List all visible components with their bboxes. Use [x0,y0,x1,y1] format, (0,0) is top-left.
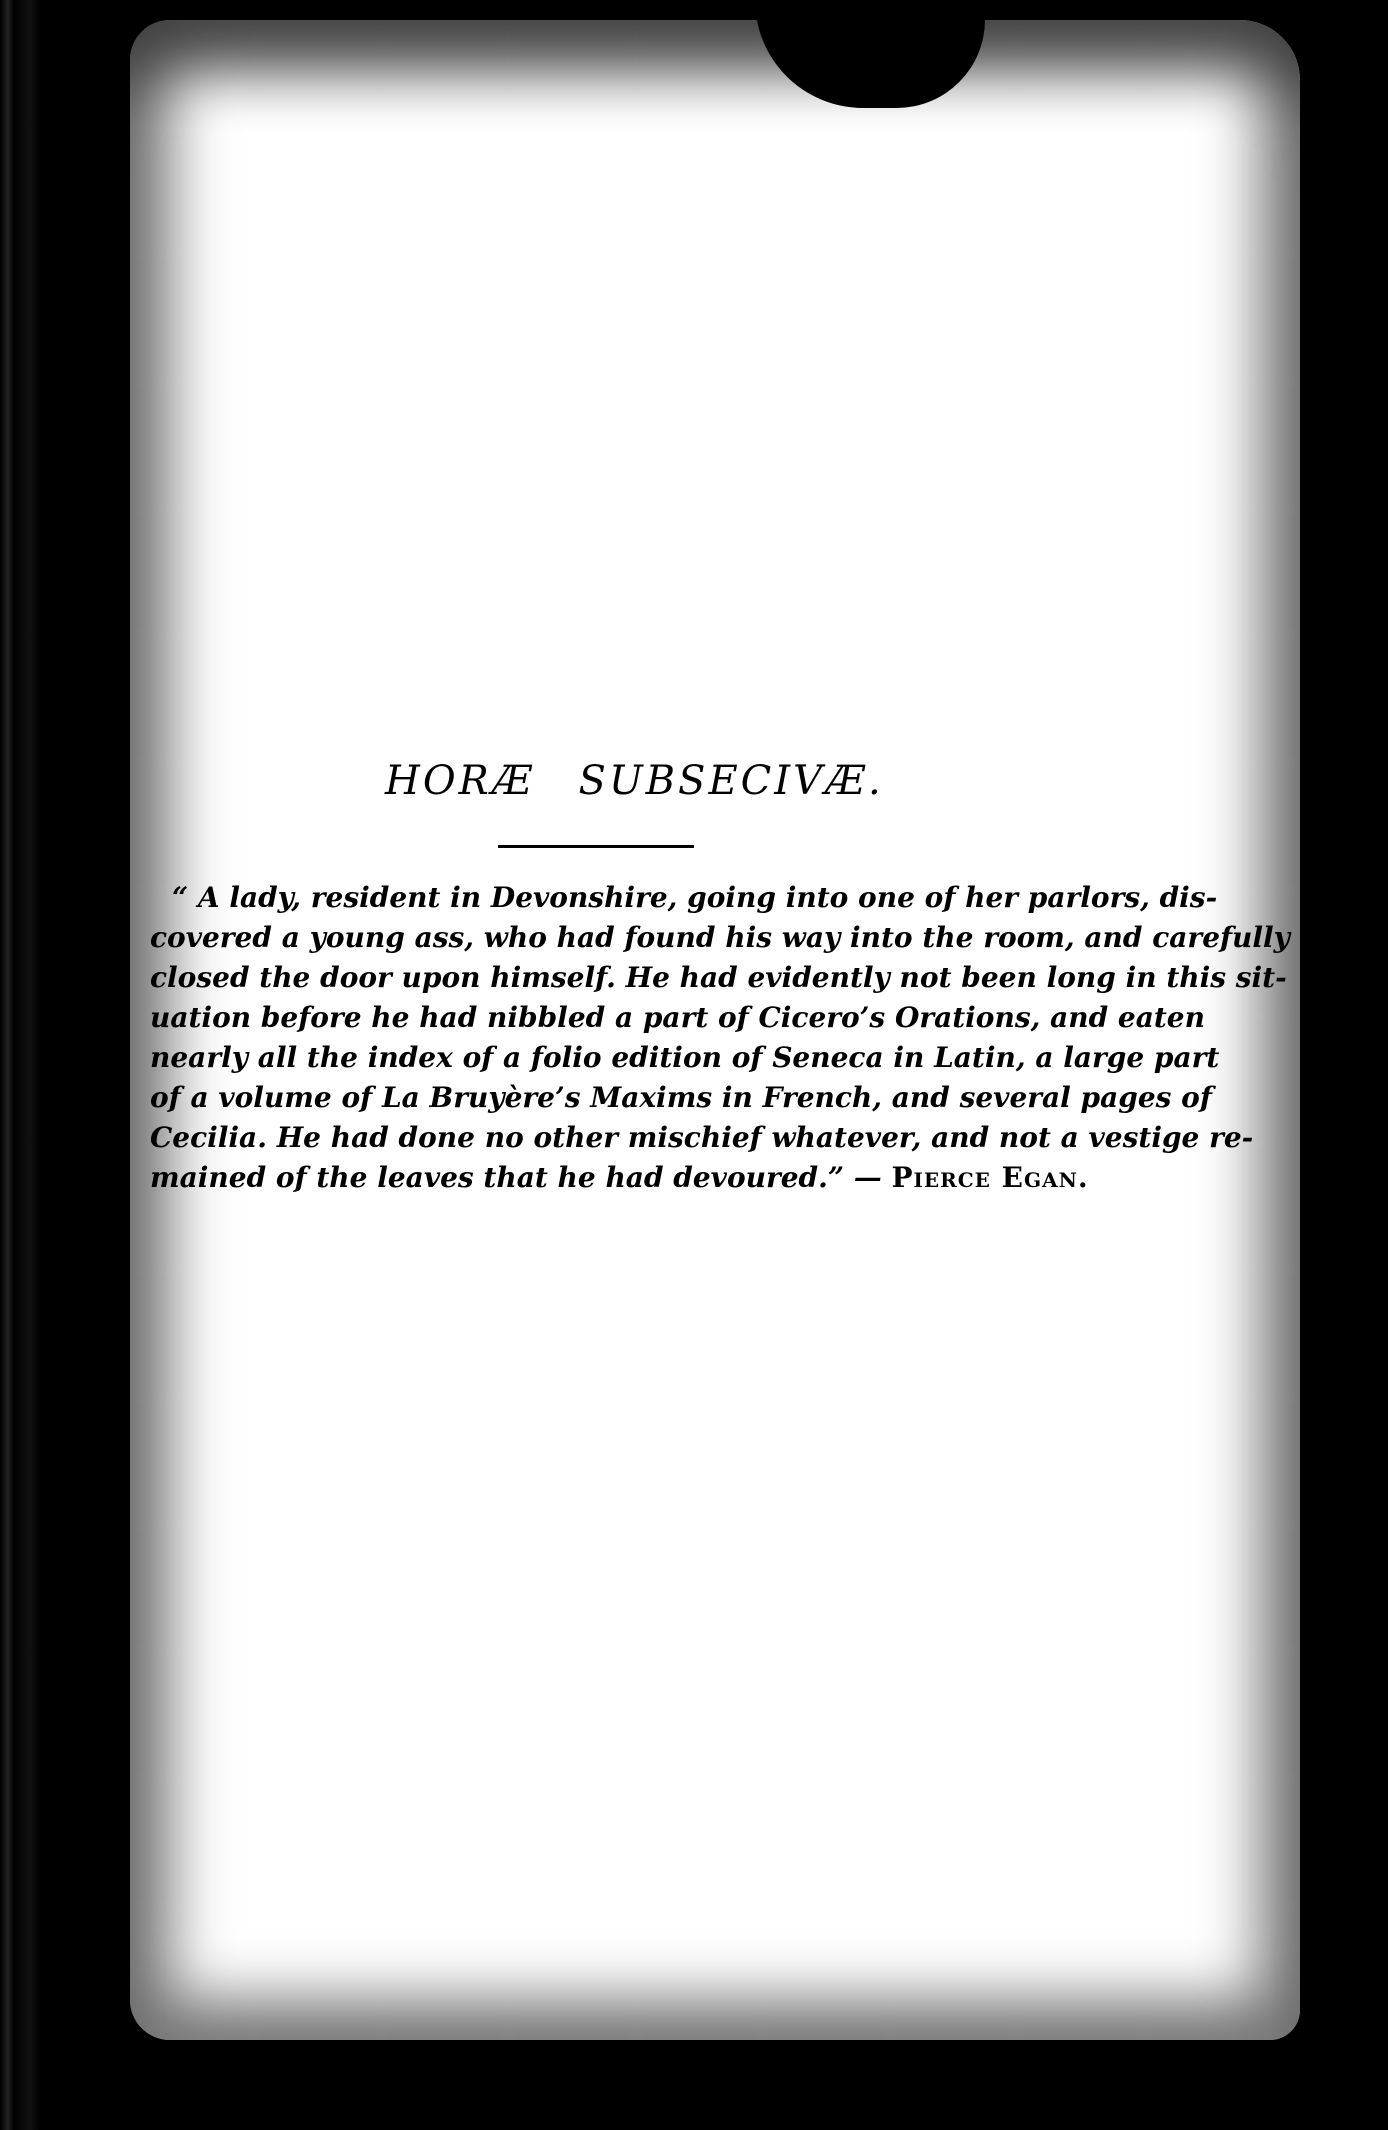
quote-line: of a volume of La Bruyère’s Maxims in Fr… [150,1078,1070,1118]
quote-line: nearly all the index of a folio edition … [150,1038,1070,1078]
quote-line: “ A lady, resident in Devonshire, going … [150,878,1070,918]
quote-attribution: Pierce Egan. [891,1161,1088,1194]
quote-line: closed the door upon himself. He had evi… [150,958,1070,998]
quote-line: covered a young ass, who had found his w… [150,918,1070,958]
epigraph-quote: “ A lady, resident in Devonshire, going … [150,878,1070,1198]
quote-line: Cecilia. He had done no other mischief w… [150,1118,1070,1158]
title-rule-divider [498,845,694,848]
page-title: HORÆ SUBSECIVÆ. [385,758,845,804]
book-spine-edge [0,0,40,2130]
quote-line-final: mained of the leaves that he had devoure… [150,1158,1070,1198]
quote-line: uation before he had nibbled a part of C… [150,998,1070,1038]
quote-line: mained of the leaves that he had devoure… [150,1161,891,1194]
